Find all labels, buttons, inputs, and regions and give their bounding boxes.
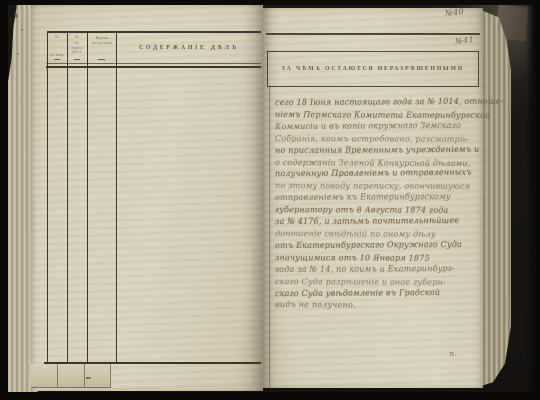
- manuscript-line: видъ не получено.: [275, 299, 475, 312]
- tab-separator: [84, 364, 85, 387]
- photo-right-shadow: [526, 0, 540, 400]
- table-header-rule-thin: [46, 63, 261, 64]
- col2-header: №: [68, 35, 86, 39]
- manuscript-line: но присланныя Временнымъ учрежденіемъ и: [275, 143, 475, 157]
- manuscript-line: за № 4176, и затѣмъ почтительнѣйшее: [275, 215, 475, 229]
- col1-subheader: по пор.: [48, 53, 66, 57]
- right-page: №40 №41 ЗА ЧѢМЪ ОСТАЮТСЯ НЕРАЗРѢШЕННЫМИ …: [263, 8, 483, 388]
- manuscript-line: скаго Суда увѣдомленіе въ Градской: [275, 286, 475, 300]
- photo-top-border: [0, 0, 540, 5]
- manuscript-line: отправленіемъ къ Екатеринбургскому: [275, 191, 475, 205]
- manuscript-line: сего 18 Іюня настоящаго года за № 1014, …: [275, 96, 475, 110]
- manuscript-line: полученную Правленіемъ и отправленныхъ: [275, 167, 475, 181]
- tab-separator: [110, 364, 111, 387]
- photo-left-border: [0, 0, 8, 400]
- left-edge-pencil-specks: [14, 14, 18, 18]
- tab-separator: [57, 364, 58, 387]
- col2-subheader: по описи дѣлъ: [68, 41, 86, 54]
- table-title: СОДЕРЖАНІЕ ДѢЛЪ: [117, 45, 261, 51]
- manuscript-line: года за № 14, по коимъ и Екатеринбург-: [275, 262, 475, 276]
- table-top-border: [47, 31, 261, 33]
- clerk-end-mark: п.: [449, 349, 457, 359]
- photo-bottom-border: [0, 392, 540, 400]
- col1-header: №: [48, 35, 66, 39]
- col1-dash: [54, 59, 60, 60]
- archival-scan-photo: № по пор. № по описи дѣлъ Время получені…: [0, 0, 540, 400]
- col3-header: Время полученія: [89, 36, 115, 45]
- right-leaf-edges: [481, 10, 511, 386]
- col3-dash: [98, 59, 105, 60]
- manuscript-entry: сего 18 Іюня настоящаго года за № 1014, …: [275, 97, 475, 311]
- table-column-line-3: [87, 31, 88, 364]
- table-column-line-1: [47, 31, 48, 364]
- manuscript-line: отъ Екатеринбургскаго Окружнаго Суда: [275, 238, 475, 252]
- folio-number: №41: [455, 35, 475, 46]
- manuscript-line: Коммисіи и въ копіи окружнаго Земскаго: [275, 119, 475, 133]
- folio-number-top: №40: [445, 7, 465, 18]
- left-margin-rule: [269, 87, 270, 387]
- left-page: № по пор. № по описи дѣлъ Время получені…: [31, 5, 263, 391]
- table-column-line-4: [116, 31, 117, 364]
- page-top-rule: [266, 33, 480, 35]
- bottom-leaf-tabs: [31, 364, 111, 388]
- table-header-rule-thick: [46, 66, 261, 68]
- section-header-box: ЗА ЧѢМЪ ОСТАЮТСЯ НЕРАЗРѢШЕННЫМИ: [267, 51, 479, 87]
- tab-ink-mark: [86, 377, 91, 379]
- table-column-line-2: [67, 31, 68, 364]
- col2-dash: [74, 59, 80, 60]
- section-header-label: ЗА ЧѢМЪ ОСТАЮТСЯ НЕРАЗРѢШЕННЫМИ: [282, 66, 464, 72]
